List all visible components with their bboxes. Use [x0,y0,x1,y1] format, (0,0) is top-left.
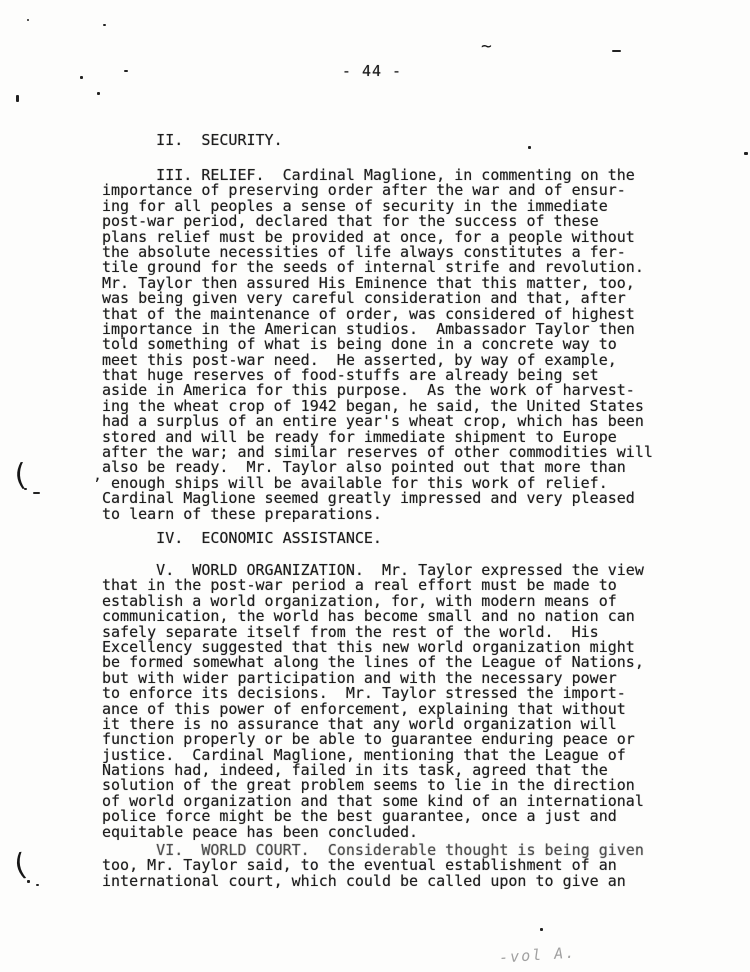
paragraph-world-court: VI. WORLD COURT. Considerable thought is… [102,843,722,889]
scan-speck [80,76,83,79]
stray-tilde-mark: ~ [481,36,492,57]
scan-speck [103,24,106,26]
pencil-volume-note: -vol A. [498,943,576,966]
text-line: II. SECURITY. [102,133,722,148]
scan-speck [528,146,531,149]
inserted-comma-mark: , [93,466,102,484]
scan-speck [540,928,543,931]
paragraph-world-organization: V. WORLD ORGANIZATION. Mr. Taylor expres… [102,563,722,840]
scan-speck [16,95,19,102]
scan-speck [27,19,29,21]
scan-speck [612,50,621,52]
scan-speck [36,884,39,886]
section-heading-economic-assistance: IV. ECONOMIC ASSISTANCE. [102,531,722,546]
text-line: IV. ECONOMIC ASSISTANCE. [102,531,722,546]
text-line: international court, which could be call… [102,874,722,889]
page-number: - 44 - [102,62,642,80]
scan-speck [744,152,748,155]
margin-paren-mark-upper: ( [10,457,30,493]
scan-speck [27,880,30,883]
text-line: equitable peace has been concluded. [102,825,722,840]
scanned-document-page: - 44 - II. SECURITY. III. RELIEF. Cardin… [0,0,750,972]
scan-speck [124,70,128,72]
text-line: to learn of these preparations. [102,507,722,522]
scan-speck [97,92,100,95]
section-heading-security: II. SECURITY. [102,133,722,148]
scan-speck [24,488,27,490]
scan-speck [33,492,40,494]
paragraph-relief: III. RELIEF. Cardinal Maglione, in comme… [102,168,722,522]
margin-paren-mark-lower: ( [8,847,32,885]
